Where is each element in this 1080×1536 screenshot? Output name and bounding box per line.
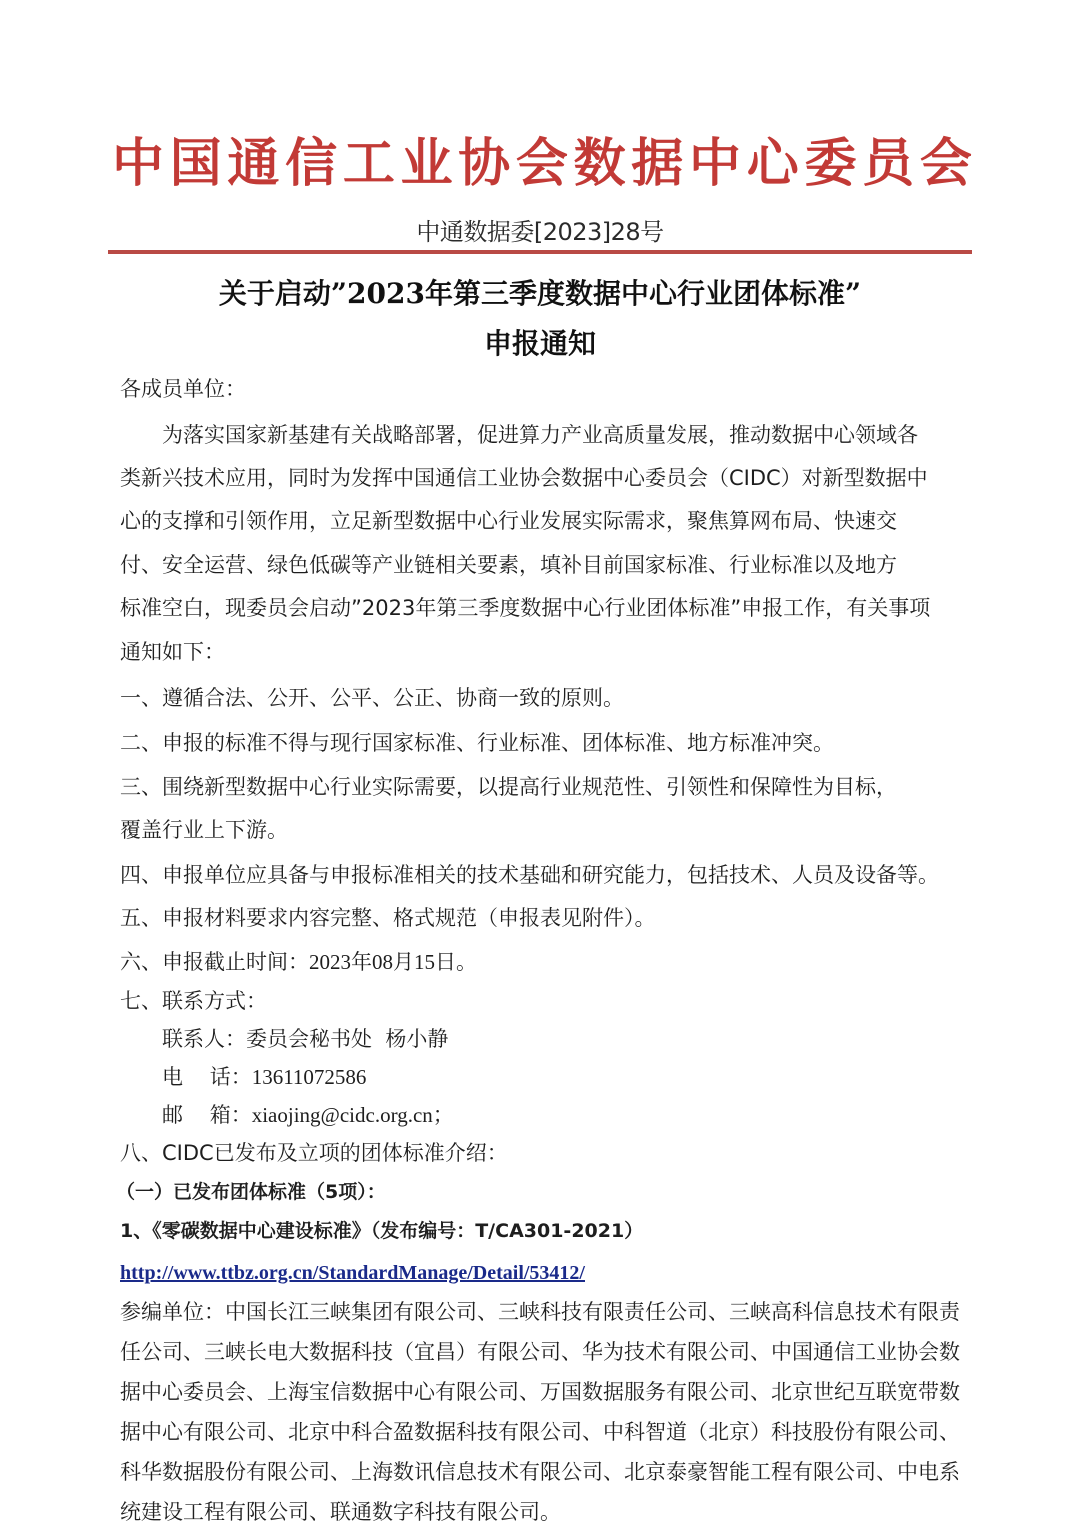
letterhead-char: 心 [747, 133, 799, 195]
letterhead-char: 员 [862, 133, 914, 195]
contact-email-value[interactable]: xiaojing@cidc.org.cn； [252, 1103, 454, 1127]
participants-line: 据中心有限公司、北京中科合盈数据科技有限公司、中科智道（北京）科技股份有限公司、 [120, 1417, 960, 1447]
contact-email: 邮 箱：xiaojing@cidc.org.cn； [162, 1100, 454, 1130]
letterhead-char: 通 [227, 133, 279, 195]
salutation: 各成员单位： [120, 374, 246, 404]
published-standards-subheading: （一）已发布团体标准（5项）： [116, 1177, 386, 1207]
letterhead-char: 协 [458, 133, 510, 195]
document-page: 中 国 通 信 工 业 协 会 数 据 中 心 委 员 会 中通数据委[2023… [0, 0, 1080, 1536]
notice-title-line-1: 关于启动”2023年第三季度数据中心行业团体标准” [0, 272, 1080, 312]
participants-line: 据中心委员会、上海宝信数据中心有限公司、万国数据服务有限公司、北京世纪互联宽带数 [120, 1377, 960, 1407]
participants-line: 统建设工程有限公司、联通数字科技有限公司。 [120, 1497, 561, 1527]
contact-phone: 电 话：13611072586 [162, 1062, 366, 1092]
contact-person-label: 联系人： [162, 1027, 246, 1051]
letterhead-char: 数 [574, 133, 626, 195]
letterhead-char: 信 [285, 133, 337, 195]
intro-line: 通知如下： [120, 637, 225, 667]
participants-line: 科华数据股份有限公司、上海数讯信息技术有限公司、北京泰豪智能工程有限公司、中电系 [120, 1457, 960, 1487]
item-six: 六、申报截止时间：2023年08月15日。 [120, 947, 477, 977]
contact-person-value: 委员会秘书处 杨小静 [246, 1027, 448, 1051]
deadline-label: 六、申报截止时间： [120, 950, 309, 974]
intro-line: 付、安全运营、绿色低碳等产业链相关要素，填补目前国家标准、行业标准以及地方 [120, 550, 897, 580]
letterhead-char: 工 [343, 133, 395, 195]
item-four: 四、申报单位应具备与申报标准相关的技术基础和研究能力，包括技术、人员及设备等。 [120, 860, 939, 890]
standard-1-title: 1、《零碳数据中心建设标准》（发布编号：T/CA301-2021） [120, 1216, 643, 1246]
letterhead-char: 业 [401, 133, 453, 195]
intro-line: 心的支撑和引领作用，立足新型数据中心行业发展实际需求，聚焦算网布局、快速交 [120, 506, 897, 536]
letterhead-char: 中 [112, 133, 164, 195]
letterhead-char: 据 [631, 133, 683, 195]
contact-phone-value: 13611072586 [252, 1065, 367, 1089]
letterhead-char: 国 [170, 133, 222, 195]
letterhead-char: 会 [920, 133, 972, 195]
intro-line: 为落实国家新基建有关战略部署，促进算力产业高质量发展，推动数据中心领域各 [162, 420, 918, 450]
letterhead-char: 委 [804, 133, 856, 195]
item-three-line-2: 覆盖行业上下游。 [120, 815, 288, 845]
section-eight-heading: 八、CIDC已发布及立项的团体标准介绍： [120, 1138, 508, 1168]
intro-line: 标准空白，现委员会启动”2023年第三季度数据中心行业团体标准”申报工作，有关事… [120, 593, 930, 623]
letterhead-char: 中 [689, 133, 741, 195]
document-number: 中通数据委[2023]28号 [0, 212, 1080, 247]
notice-title-line-2: 申报通知 [0, 322, 1080, 362]
deadline-value: 2023年08月15日。 [309, 950, 477, 974]
item-seven: 七、联系方式： [120, 986, 267, 1016]
item-two: 二、申报的标准不得与现行国家标准、行业标准、团体标准、地方标准冲突。 [120, 728, 834, 758]
red-divider-rule [108, 250, 972, 254]
letterhead-char: 会 [516, 133, 568, 195]
item-three-line-1: 三、围绕新型数据中心行业实际需要，以提高行业规范性、引领性和保障性为目标， [120, 772, 897, 802]
intro-line: 类新兴技术应用，同时为发挥中国通信工业协会数据中心委员会（CIDC）对新型数据中 [120, 463, 928, 493]
participants-line: 参编单位：中国长江三峡集团有限公司、三峡科技有限责任公司、三峡高科信息技术有限责 [120, 1297, 960, 1327]
item-one: 一、遵循合法、公开、公平、公正、协商一致的原则。 [120, 683, 624, 713]
standard-1-link[interactable]: http://www.ttbz.org.cn/StandardManage/De… [120, 1262, 585, 1284]
contact-email-label: 邮 箱： [162, 1103, 252, 1127]
contact-phone-label: 电 话： [162, 1065, 252, 1089]
contact-person: 联系人：委员会秘书处 杨小静 [162, 1024, 448, 1054]
standard-1-link-row: http://www.ttbz.org.cn/StandardManage/De… [120, 1257, 585, 1288]
org-letterhead-title: 中 国 通 信 工 业 协 会 数 据 中 心 委 员 会 [112, 133, 972, 195]
item-five: 五、申报材料要求内容完整、格式规范（申报表见附件）。 [120, 903, 656, 933]
participants-line: 任公司、三峡长电大数据科技（宜昌）有限公司、华为技术有限公司、中国通信工业协会数 [120, 1337, 960, 1367]
